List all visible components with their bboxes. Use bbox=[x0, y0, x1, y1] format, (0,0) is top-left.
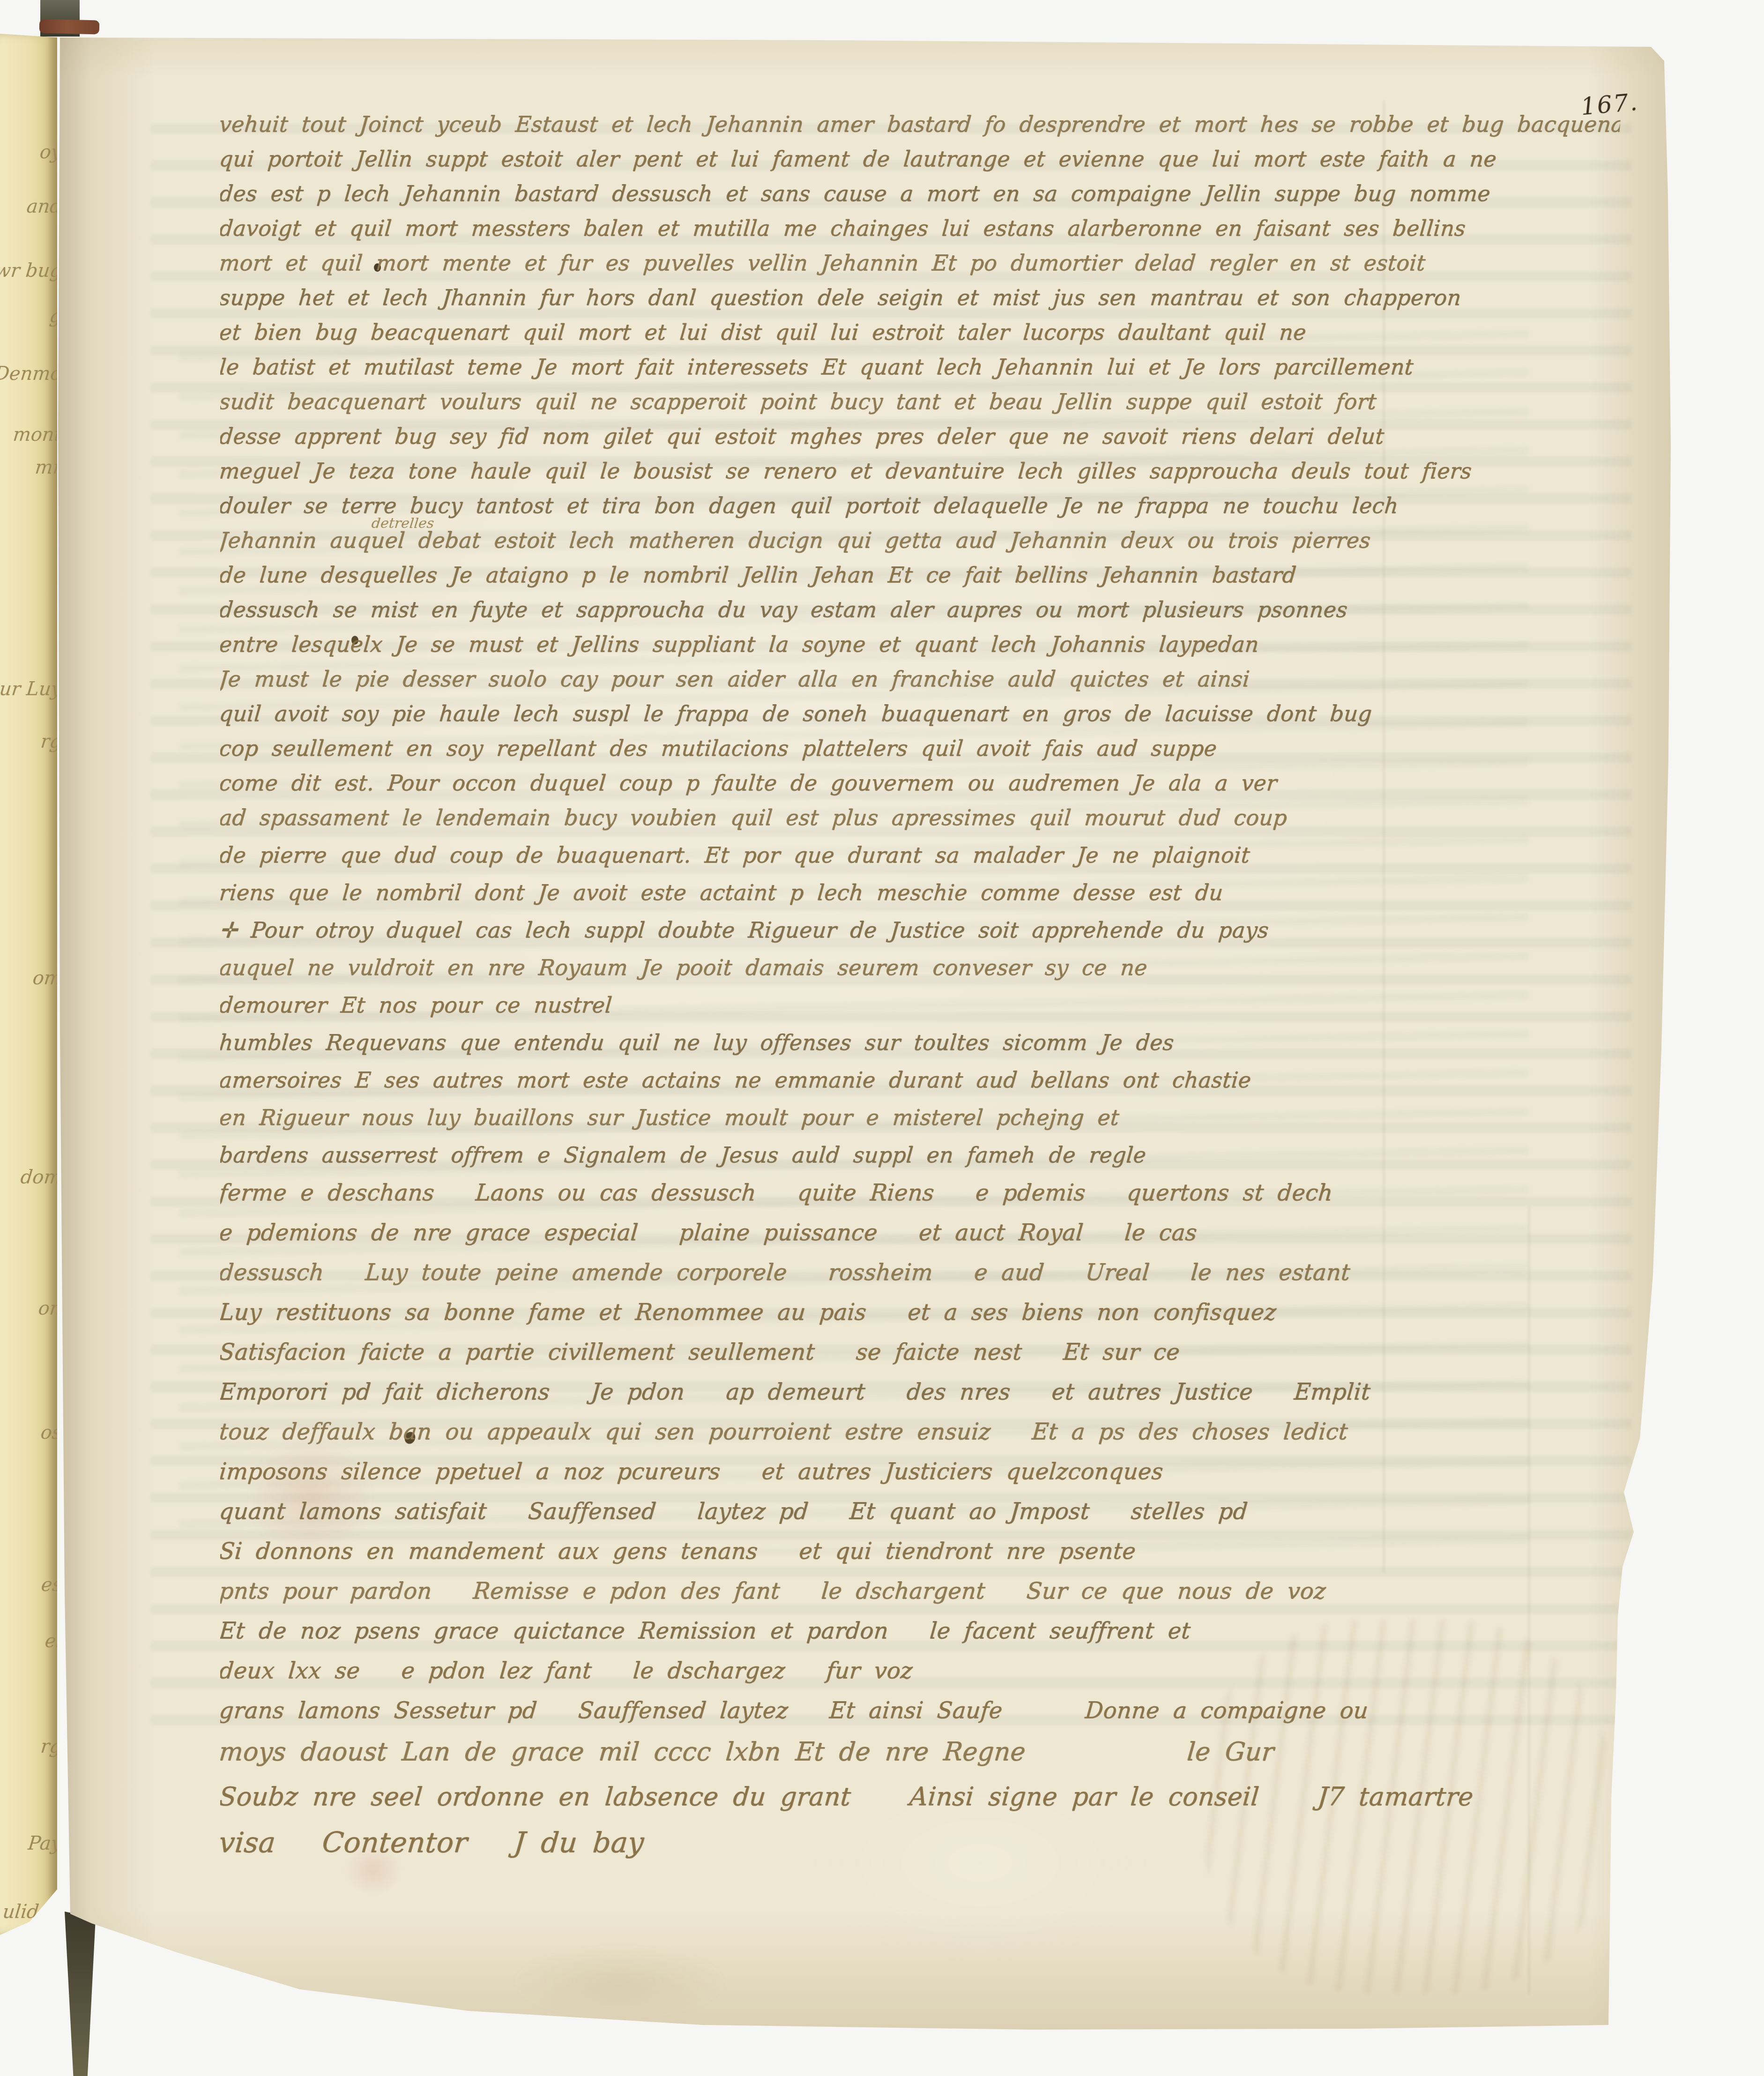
previous-page-edge: oyandwr buggDenmomontmrur Luyrgomdomonos… bbox=[0, 34, 57, 1935]
page-fragment-text: Denmo bbox=[0, 363, 57, 385]
text-line: imposons silence ppetuel a noz pcureurs … bbox=[220, 1460, 1621, 1500]
page-fragment-text: g bbox=[49, 305, 57, 327]
text-line: de lune desquelles Je ataigno p le nombr… bbox=[220, 564, 1621, 599]
manuscript-page: 167. vehuit tout Joinct yceub Estaust et… bbox=[57, 36, 1673, 2031]
text-line: Si donnons en mandement aux gens tenans … bbox=[220, 1540, 1621, 1580]
page-fragment-text: mr bbox=[34, 457, 57, 478]
text-line: Soubz nre seel ordonne en labsence du gr… bbox=[220, 1784, 1621, 1829]
text-line: touz deffaulx ban ou appeaulx qui sen po… bbox=[220, 1421, 1621, 1460]
page-fragment-text: ulidad bbox=[1, 1901, 57, 1923]
page-fragment-text: Pay bbox=[27, 1833, 57, 1854]
text-line: amersoires E ses autres mort este actain… bbox=[220, 1069, 1621, 1107]
text-line: en Rigueur nous luy buaillons sur Justic… bbox=[220, 1107, 1621, 1144]
text-line: pnts pour pardon Remisse e pdon des fant… bbox=[220, 1580, 1621, 1620]
page-fragment-text: mont bbox=[12, 424, 57, 446]
page-fragment-text: on bbox=[37, 1298, 57, 1319]
text-line: deux lxx se e pdon lez fant le dschargez… bbox=[220, 1659, 1621, 1699]
text-line: ad spassament le lendemain bucy voubien … bbox=[220, 807, 1621, 844]
text-line: quant lamons satisfait Sauffensed laytez… bbox=[220, 1500, 1621, 1540]
text-line: bardens ausserrest offrem e Signalem de … bbox=[220, 1144, 1621, 1182]
page-fragment-text: wr bug bbox=[0, 260, 57, 282]
book-board-bottom bbox=[65, 1912, 96, 2076]
text-line: entre lesquelx Je se must et Jellins sup… bbox=[220, 633, 1621, 668]
text-line: e pdemions de nre grace especial plaine … bbox=[220, 1221, 1621, 1261]
text-line: des est p lech Jehannin bastard dessusch… bbox=[220, 183, 1621, 217]
text-line: moys daoust Lan de grace mil cccc lxbn E… bbox=[220, 1739, 1621, 1784]
text-line: meguel Je teza tone haule quil le bousis… bbox=[220, 460, 1621, 495]
text-line: de pierre que dud coup de buaquenart. Et… bbox=[220, 844, 1621, 882]
text-line: auquel ne vuldroit en nre Royaum Je pooi… bbox=[220, 957, 1621, 994]
text-line: et bien bug beacquenart quil mort et lui… bbox=[220, 321, 1621, 356]
page-fragment-text: dom bbox=[20, 1167, 57, 1188]
text-line: grans lamons Sessetur pd Sauffensed layt… bbox=[220, 1699, 1621, 1739]
text-line: desse apprent bug sey fid nom gilet qui … bbox=[220, 425, 1621, 460]
page-fragment-text: ur Luy bbox=[0, 678, 57, 700]
text-line: dessusch se mist en fuyte et sapproucha … bbox=[220, 599, 1621, 633]
page-fragment-text: oy bbox=[39, 141, 57, 163]
text-line: mort et quil mort mente et fur es puvell… bbox=[220, 252, 1621, 287]
page-fragment-text: om bbox=[32, 967, 57, 989]
page-fragment-text: rg bbox=[40, 731, 57, 752]
text-line: quil avoit soy pie haule lech suspl le f… bbox=[220, 703, 1621, 737]
text-line: visa Contentor J du bay bbox=[220, 1829, 1621, 1881]
text-line: davoigt et quil mort messters balen et m… bbox=[220, 217, 1621, 252]
text-line: riens que le nombril dont Je avoit este … bbox=[220, 882, 1621, 919]
text-line: suppe het et lech Jhannin fur hors danl … bbox=[220, 287, 1621, 321]
text-line: Satisfacion faicte a partie civillement … bbox=[220, 1341, 1621, 1381]
text-line: ferme e deschans Laons ou cas dessusch q… bbox=[220, 1182, 1621, 1221]
page-fragment-text: os bbox=[40, 1422, 57, 1444]
page-fragment-text: and bbox=[25, 196, 57, 217]
text-line: Luy restituons sa bonne fame et Renommee… bbox=[220, 1301, 1621, 1341]
text-line: Et de noz psens grace quictance Remissio… bbox=[220, 1620, 1621, 1659]
text-line: demourer Et nos pour ce nustrel bbox=[220, 994, 1621, 1032]
text-line: qui portoit Jellin suppt estoit aler pen… bbox=[220, 148, 1621, 183]
text-line: Jehannin auquel debat estoit lech mather… bbox=[220, 529, 1621, 564]
text-line: le batist et mutilast teme Je mort fait … bbox=[220, 356, 1621, 391]
text-line: dessusch Luy toute peine amende corporel… bbox=[220, 1261, 1621, 1301]
text-line: come dit est. Pour occon duquel coup p f… bbox=[220, 772, 1621, 807]
text-line: Je must le pie desser suolo cay pour sen… bbox=[220, 668, 1621, 703]
scanned-manuscript: oyandwr buggDenmomontmrur Luyrgomdomonos… bbox=[0, 0, 1764, 2076]
text-line: humbles Requevans que entendu quil ne lu… bbox=[220, 1032, 1621, 1069]
text-line: Emporori pd fait dicherons Je pdon ap de… bbox=[220, 1381, 1621, 1421]
text-line: sudit beacquenart voulurs quil ne scappe… bbox=[220, 391, 1621, 425]
page-fragment-text: el bbox=[44, 1630, 57, 1652]
text-line: vehuit tout Joinct yceub Estaust et lech… bbox=[220, 113, 1621, 148]
text-line: ✛ Pour otroy duquel cas lech suppl doubt… bbox=[220, 919, 1621, 957]
page-fragment-text: rg bbox=[40, 1736, 57, 1757]
interline-insertion: detrelles bbox=[371, 515, 435, 532]
text-line: cop seullement en soy repellant des muti… bbox=[220, 737, 1621, 772]
leather-binding bbox=[39, 19, 100, 35]
manuscript-text-block: vehuit tout Joinct yceub Estaust et lech… bbox=[220, 104, 1621, 1983]
page-fragment-text: es bbox=[40, 1574, 57, 1596]
